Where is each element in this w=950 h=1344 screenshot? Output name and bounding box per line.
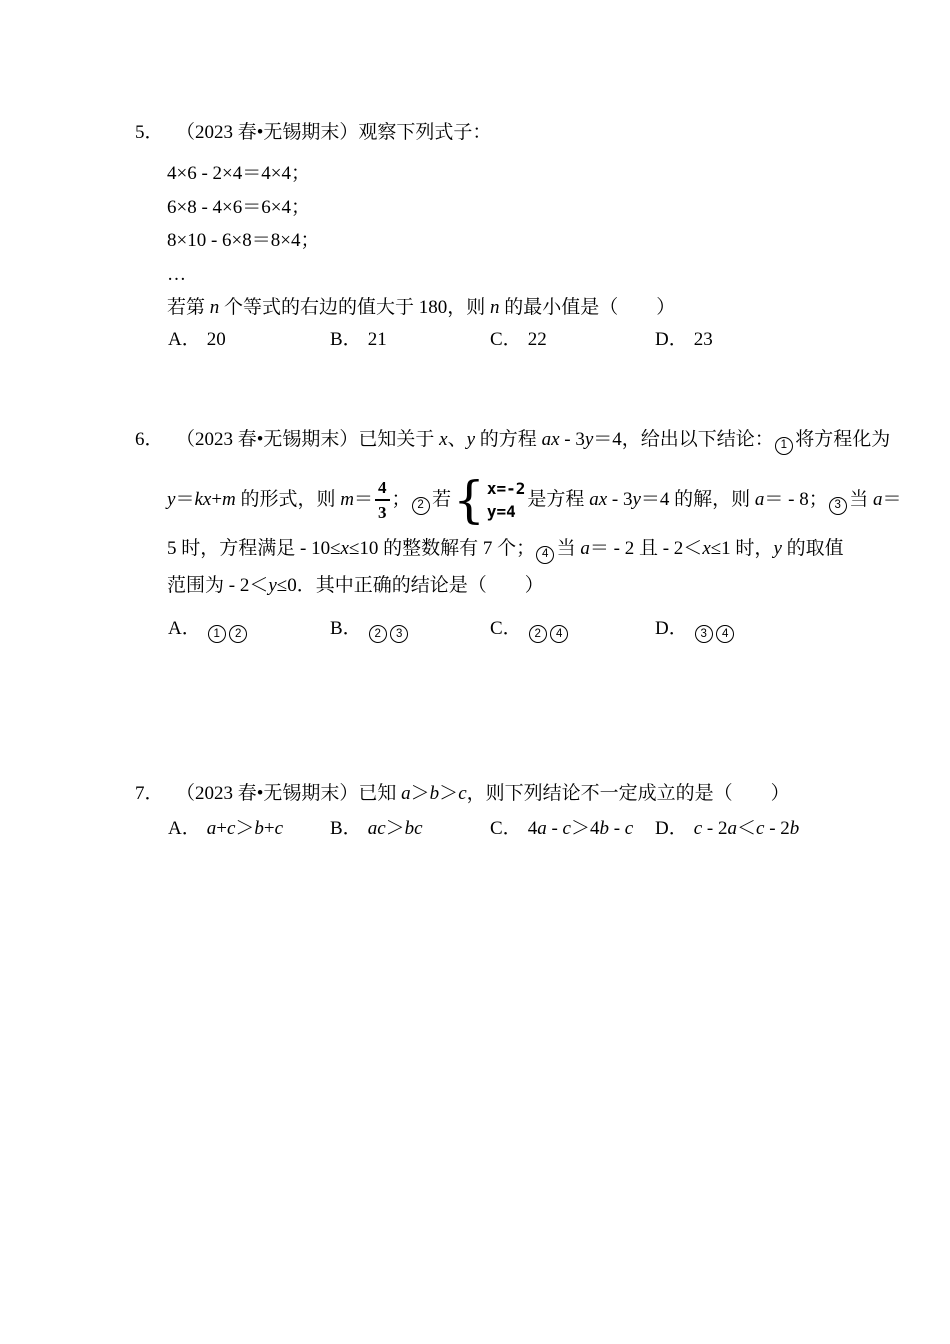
circled-number: 2 [229, 625, 247, 643]
option-d: D．c - 2a＜c - 2b [655, 816, 835, 842]
text-segment: ＝ [175, 489, 194, 510]
option-d-label: D． [655, 329, 688, 350]
text-segment: 5 时，方程满足 - 10≤ [167, 538, 341, 559]
text-segment: ≤10 的整数解有 7 个； [349, 538, 535, 559]
option-a-value: 12 [207, 618, 250, 639]
option-b-label: B． [330, 618, 362, 639]
text-segment: 当 [849, 489, 873, 510]
math-variable: c [458, 783, 466, 804]
math-variable: c [625, 818, 633, 839]
option-a: A．20 [168, 327, 330, 353]
math-variable: bc [405, 818, 423, 839]
text-segment: 是方程 [527, 489, 589, 510]
text-segment: ＞ [411, 783, 430, 804]
option-a-label: A． [168, 618, 201, 639]
problem-6-options: A．12 B．23 C．24 D．34 [168, 616, 835, 644]
text-segment: （2023 春•无锡期末）观察下列式子： [176, 122, 491, 143]
circled-number: 3 [695, 625, 713, 643]
option-a: A．a+c＞b+c [168, 816, 330, 842]
document-page: 5．（2023 春•无锡期末）观察下列式子： 4×6 - 2×4＝4×4； 6×… [0, 0, 950, 1344]
circled-number: 3 [390, 625, 408, 643]
problem-5-header-line: 5．（2023 春•无锡期末）观察下列式子： [135, 120, 835, 146]
option-c-value: 24 [528, 618, 571, 639]
circled-number: 3 [829, 497, 847, 515]
option-b-value: 21 [368, 329, 387, 350]
text-segment: 的方程 [475, 429, 542, 450]
text-segment: ＞ [235, 818, 254, 839]
problem-7-line-1: （2023 春•无锡期末）已知 a＞b＞c，则下列结论不一定成立的是（ ） [176, 783, 790, 804]
option-c-value: 4a - c＞4b - c [528, 818, 634, 839]
text-segment: 的最小值是（ ） [500, 297, 676, 318]
circled-number: 1 [775, 437, 793, 455]
text-segment: 范围为 - 2＜ [167, 575, 268, 596]
math-variable: x [341, 538, 349, 559]
problem-5-ellipsis: … [167, 258, 835, 292]
circled-number: 2 [369, 625, 387, 643]
math-variable: c [694, 818, 702, 839]
option-b-value: 23 [368, 618, 411, 639]
math-variable: b [254, 818, 264, 839]
math-variable: a [401, 783, 411, 804]
option-a-value: a+c＞b+c [207, 818, 283, 839]
math-variable: n [210, 297, 220, 318]
fraction-denominator: 3 [375, 499, 390, 521]
text-segment: 8×10 - 6×8＝8×4； [167, 230, 319, 251]
text-segment: 22 [528, 329, 547, 350]
text-segment: ＜ [737, 818, 756, 839]
problem-5-question: 若第 n 个等式的右边的值大于 180，则 n 的最小值是（ ） [167, 291, 835, 325]
math-variable: b [430, 783, 440, 804]
system-equations: x=-2y=4 [487, 477, 526, 523]
text-segment: 23 [694, 329, 713, 350]
problem-7-header-line: 7．（2023 春•无锡期末）已知 a＞b＞c，则下列结论不一定成立的是（ ） [135, 781, 835, 807]
text-segment: + [264, 818, 275, 839]
math-variable: m [222, 489, 236, 510]
math-variable: y [268, 575, 276, 596]
fraction: 43 [375, 479, 390, 521]
problem-6-line-4: 范围为 - 2＜y≤0．其中正确的结论是（ ） [167, 573, 835, 599]
math-variable: a [728, 818, 738, 839]
option-c: C．24 [490, 616, 655, 644]
text-segment: ，则下列结论不一定成立的是（ ） [467, 783, 790, 804]
text-segment: - 2 [764, 818, 789, 839]
option-b: B．23 [330, 616, 490, 644]
text-segment: 21 [368, 329, 387, 350]
problem-6-header-line: 6．（2023 春•无锡期末）已知关于 x、y 的方程 ax - 3y＝4，给出… [135, 427, 835, 455]
fraction-numerator: 4 [375, 479, 390, 499]
option-d: D．23 [655, 327, 835, 353]
text-segment: 、 [448, 429, 467, 450]
system-equation: y=4 [487, 500, 516, 523]
problem-7: 7．（2023 春•无锡期末）已知 a＞b＞c，则下列结论不一定成立的是（ ） … [135, 781, 835, 842]
problem-6-line-2: y＝kx+m 的形式，则 m＝43；2若{x=-2y=4是方程 ax - 3y＝… [167, 471, 835, 529]
text-segment: - 2 [702, 818, 727, 839]
problem-5-equation-3: 8×10 - 6×8＝8×4； [167, 224, 835, 258]
math-variable: y [467, 429, 475, 450]
math-variable: a [873, 489, 883, 510]
text-segment: 20 [207, 329, 226, 350]
option-c: C．22 [490, 327, 655, 353]
option-c-label: C． [490, 329, 522, 350]
text-segment: ＞4 [571, 818, 600, 839]
text-segment: ≤1 时， [711, 538, 774, 559]
equation-system: {x=-2y=4 [453, 475, 525, 525]
text-segment: 若第 [167, 297, 210, 318]
text-segment: ； [392, 489, 411, 510]
text-segment: … [167, 264, 186, 285]
option-d-label: D． [655, 818, 688, 839]
math-variable: b [790, 818, 800, 839]
text-segment: （2023 春•无锡期末）已知关于 [176, 429, 439, 450]
text-segment: ＝ - 2 且 - 2＜ [590, 538, 702, 559]
problem-6-line-1: （2023 春•无锡期末）已知关于 x、y 的方程 ax - 3y＝4，给出以下… [176, 429, 890, 450]
text-segment: - 3 [607, 489, 632, 510]
math-variable: x [439, 429, 447, 450]
text-segment: ＝ - 8； [764, 489, 827, 510]
text-segment: ＝ [354, 489, 373, 510]
option-b-label: B． [330, 329, 362, 350]
option-b: B．ac＞bc [330, 816, 490, 842]
option-a-label: A． [168, 818, 201, 839]
problem-6-number: 6． [135, 427, 176, 453]
problem-5-header: （2023 春•无锡期末）观察下列式子： [176, 122, 491, 143]
text-segment: 将方程化为 [795, 429, 890, 450]
text-segment: 的形式，则 [236, 489, 341, 510]
text-segment: - 3 [560, 429, 585, 450]
text-segment: - [547, 818, 563, 839]
option-a-value: 20 [207, 329, 226, 350]
problem-5-equation-2: 6×8 - 4×6＝6×4； [167, 191, 835, 225]
problem-5-equations: 4×6 - 2×4＝4×4； 6×8 - 4×6＝6×4； 8×10 - 6×8… [167, 157, 835, 325]
math-variable: kx [194, 489, 211, 510]
circled-number: 1 [208, 625, 226, 643]
text-segment: （2023 春•无锡期末）已知 [176, 783, 401, 804]
math-variable: ac [368, 818, 386, 839]
problem-6: 6．（2023 春•无锡期末）已知关于 x、y 的方程 ax - 3y＝4，给出… [135, 427, 835, 643]
text-segment: - [609, 818, 625, 839]
option-d-value: c - 2a＜c - 2b [694, 818, 800, 839]
math-variable: ax [542, 429, 560, 450]
math-variable: n [490, 297, 500, 318]
text-segment: ≤0．其中正确的结论是（ ） [277, 575, 544, 596]
circled-number: 4 [550, 625, 568, 643]
problem-5-options: A．20 B．21 C．22 D．23 [168, 327, 835, 353]
math-variable: y [585, 429, 593, 450]
math-variable: b [599, 818, 609, 839]
text-segment: + [216, 818, 227, 839]
text-segment: ＝ [883, 489, 902, 510]
math-variable: c [275, 818, 283, 839]
text-segment: 当 [557, 538, 581, 559]
math-variable: a [207, 818, 217, 839]
problem-5: 5．（2023 春•无锡期末）观察下列式子： 4×6 - 2×4＝4×4； 6×… [135, 120, 835, 353]
math-variable: a [580, 538, 590, 559]
math-variable: c [563, 818, 571, 839]
math-variable: ax [589, 489, 607, 510]
math-variable: y [773, 538, 781, 559]
option-b-label: B． [330, 818, 362, 839]
option-d-value: 23 [694, 329, 713, 350]
text-segment: 4×6 - 2×4＝4×4； [167, 163, 310, 184]
problem-7-options: A．a+c＞b+c B．ac＞bc C．4a - c＞4b - c D．c - … [168, 816, 835, 842]
problem-5-number: 5． [135, 120, 176, 146]
left-brace: { [453, 475, 485, 525]
text-segment: 个等式的右边的值大于 180，则 [219, 297, 490, 318]
math-variable: m [340, 489, 354, 510]
text-segment: 6×8 - 4×6＝6×4； [167, 197, 310, 218]
option-c: C．4a - c＞4b - c [490, 816, 655, 842]
circled-number: 2 [412, 497, 430, 515]
circled-number: 2 [529, 625, 547, 643]
option-c-value: 22 [528, 329, 547, 350]
option-a: A．12 [168, 616, 330, 644]
circled-number: 4 [536, 546, 554, 564]
text-segment: 的取值 [782, 538, 844, 559]
option-d: D．34 [655, 616, 835, 644]
text-segment: 若 [432, 489, 451, 510]
option-b: B．21 [330, 327, 490, 353]
problem-7-number: 7． [135, 781, 176, 807]
text-segment: ＝4 的解，则 [641, 489, 755, 510]
option-a-label: A． [168, 329, 201, 350]
text-segment: ＞ [386, 818, 405, 839]
problem-6-line-3: 5 时，方程满足 - 10≤x≤10 的整数解有 7 个；4当 a＝ - 2 且… [167, 536, 835, 564]
option-c-label: C． [490, 818, 522, 839]
option-d-value: 34 [694, 618, 737, 639]
option-b-value: ac＞bc [368, 818, 423, 839]
text-segment: 4 [528, 818, 538, 839]
math-variable: a [537, 818, 547, 839]
problem-5-equation-1: 4×6 - 2×4＝4×4； [167, 157, 835, 191]
circled-number: 4 [716, 625, 734, 643]
option-d-label: D． [655, 618, 688, 639]
math-variable: a [755, 489, 765, 510]
math-variable: x [702, 538, 710, 559]
text-segment: ＝4，给出以下结论： [593, 429, 774, 450]
text-segment: ＞ [439, 783, 458, 804]
option-c-label: C． [490, 618, 522, 639]
math-variable: y [632, 489, 640, 510]
text-segment: + [211, 489, 222, 510]
system-equation: x=-2 [487, 477, 526, 500]
